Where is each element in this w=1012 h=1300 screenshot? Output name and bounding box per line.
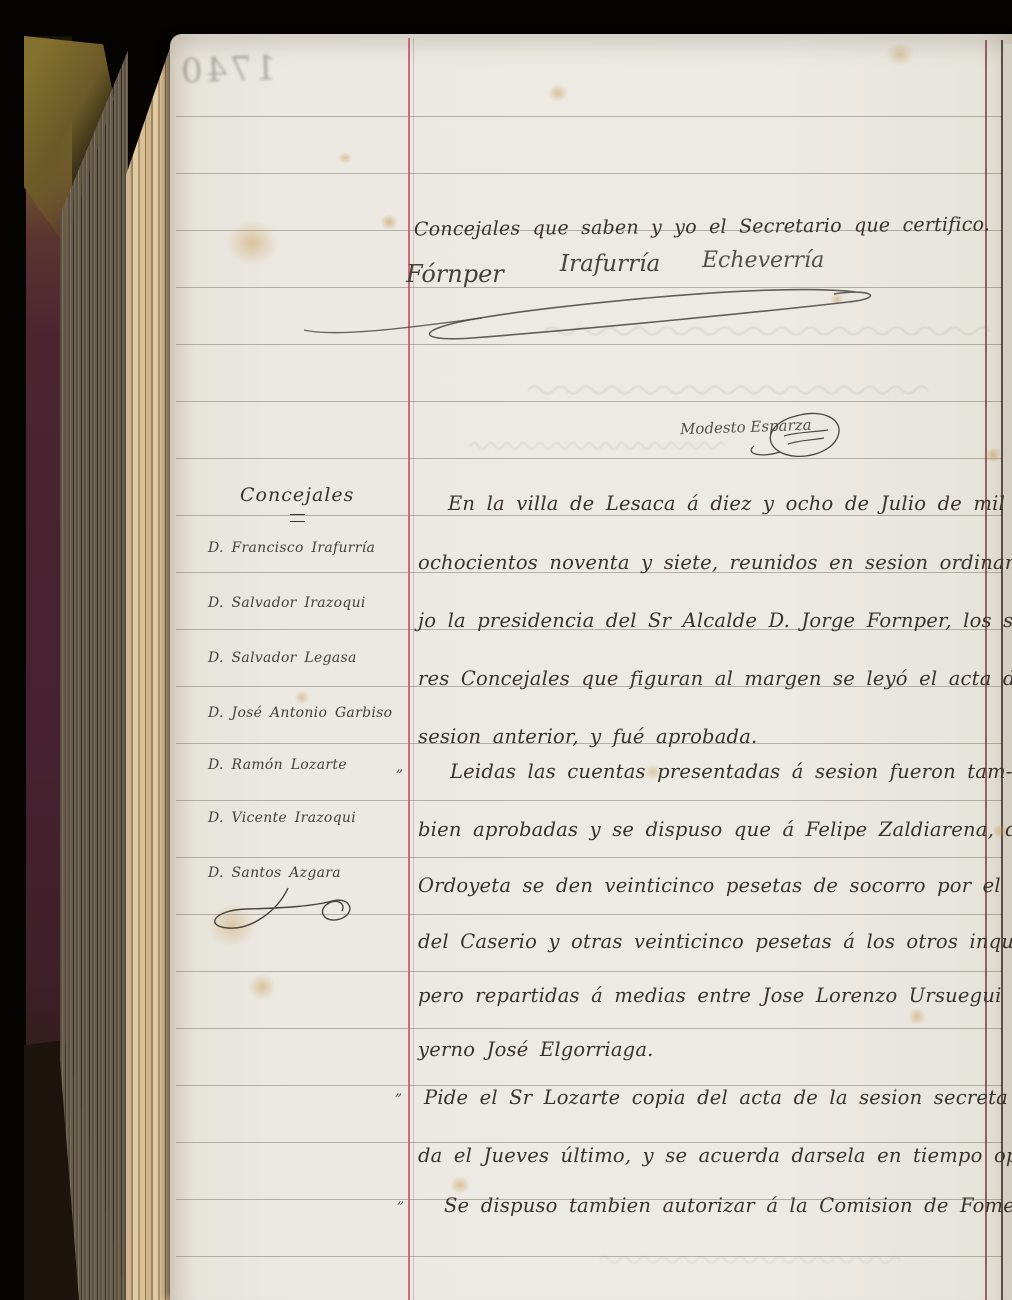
body-line: ochocientos noventa y siete, reunidos en…: [418, 553, 1012, 573]
body-line: pero repartidas á medias entre Jose Lore…: [418, 986, 1012, 1006]
body-line: bien aprobadas y se dispuso que á Felipe…: [418, 820, 1012, 840]
margin-councilor: D. Ramón Lozarte: [208, 758, 347, 772]
page-edges-stack-outer: [126, 36, 174, 1300]
bleed-through-folio-number: 1740: [177, 48, 277, 91]
heading-underline: [290, 514, 305, 522]
margin-councilor: D. Santos Azgara: [208, 866, 341, 880]
body-line: Pide el Sr Lozarte copia del acta de la …: [424, 1088, 1012, 1108]
foxing-stain: [226, 220, 278, 266]
foxing-stain: [984, 447, 1002, 463]
body-line: da el Jueves último, y se acuerda darsel…: [418, 1146, 1012, 1166]
paragraph-mark: „: [395, 1084, 402, 1098]
foxing-stain: [886, 42, 914, 66]
body-line: jo la presidencia del Sr Alcalde D. Jorg…: [418, 611, 1012, 631]
foxing-stain: [908, 1008, 926, 1025]
body-line: Se dispuso tambien autorizar á la Comisi…: [444, 1196, 1012, 1216]
margin-councilor: D. Vicente Irazoqui: [208, 811, 356, 825]
margin-flourish-icon: [202, 884, 362, 934]
body-line: En la villa de Lesaca á diez y ocho de J…: [448, 494, 1005, 514]
body-line: sesion anterior, y fué aprobada.: [418, 727, 757, 747]
bleed-through-writing: [600, 1252, 900, 1266]
margin-councilor: D. Salvador Legasa: [208, 651, 357, 665]
body-line: del Caserio y otras veinticinco pesetas …: [418, 932, 1012, 952]
margin-councilor: D. Francisco Irafurría: [208, 541, 375, 555]
foxing-stain: [450, 1176, 470, 1194]
foxing-stain: [338, 152, 352, 164]
paragraph-mark: „: [397, 1192, 404, 1206]
signature-concejal: Irafurría: [560, 253, 660, 276]
bleed-through-writing: [528, 381, 928, 397]
body-line: Ordoyeta se den veinticinco pesetas de s…: [418, 876, 1012, 896]
foxing-stain: [380, 214, 398, 230]
left-margin-red-line: [408, 38, 410, 1300]
margin-councilor: D. Salvador Irazoqui: [208, 596, 366, 610]
paragraph-mark: „: [396, 760, 403, 774]
margin-heading: Concejales: [240, 486, 354, 505]
body-line: yerno José Elgorriaga.: [418, 1040, 654, 1060]
foxing-stain: [248, 974, 276, 1000]
rubric-flourish-icon: [752, 408, 848, 464]
signature-flourish-icon: [300, 278, 880, 348]
foxing-stain: [548, 84, 568, 102]
certification-line: Concejales que saben y yo el Secretario …: [414, 215, 990, 239]
body-line: res Concejales que figuran al margen se …: [418, 669, 1012, 689]
page-edges-stack-inner: [60, 38, 128, 1300]
bleed-through-writing: [470, 438, 725, 452]
foxing-stain: [294, 690, 310, 705]
signature-concejal: Echeverría: [702, 250, 824, 272]
body-line: Leidas las cuentas presentadas á sesion …: [450, 762, 1012, 782]
photographed-minutes-book: 1740 Concejales que saben y yo el Secret…: [0, 0, 1012, 1300]
margin-councilor: D. José Antonio Garbiso: [208, 706, 392, 720]
